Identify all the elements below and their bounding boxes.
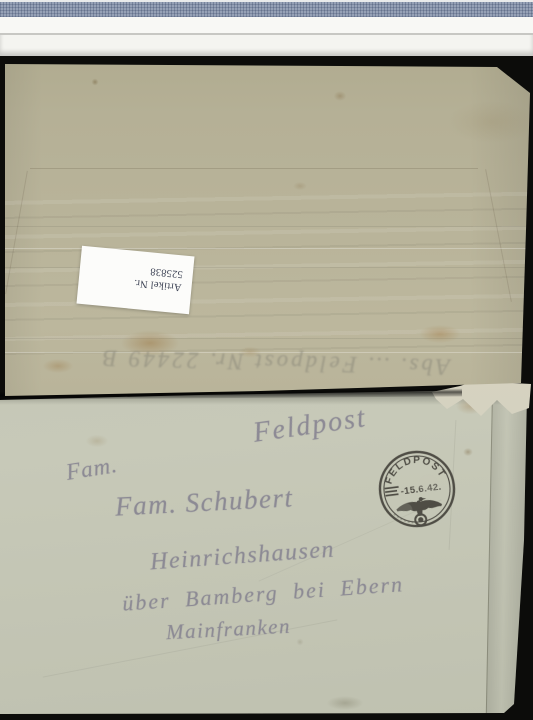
frame-white-band-upper bbox=[0, 17, 533, 33]
product-photo-feldpost-letters: Abs. … Feldpost Nr. 22449 B Artikel Nr. … bbox=[0, 0, 533, 720]
article-number-label: Artikel Nr. 525838 bbox=[76, 246, 194, 315]
feldpost-postmark: FELDPOST -15.6.42. bbox=[361, 433, 472, 544]
censor-bars bbox=[385, 486, 400, 497]
frame-white-band-lower bbox=[0, 35, 533, 56]
frame-weave-band bbox=[0, 2, 533, 17]
article-number-text: Artikel Nr. 525838 bbox=[76, 246, 194, 315]
